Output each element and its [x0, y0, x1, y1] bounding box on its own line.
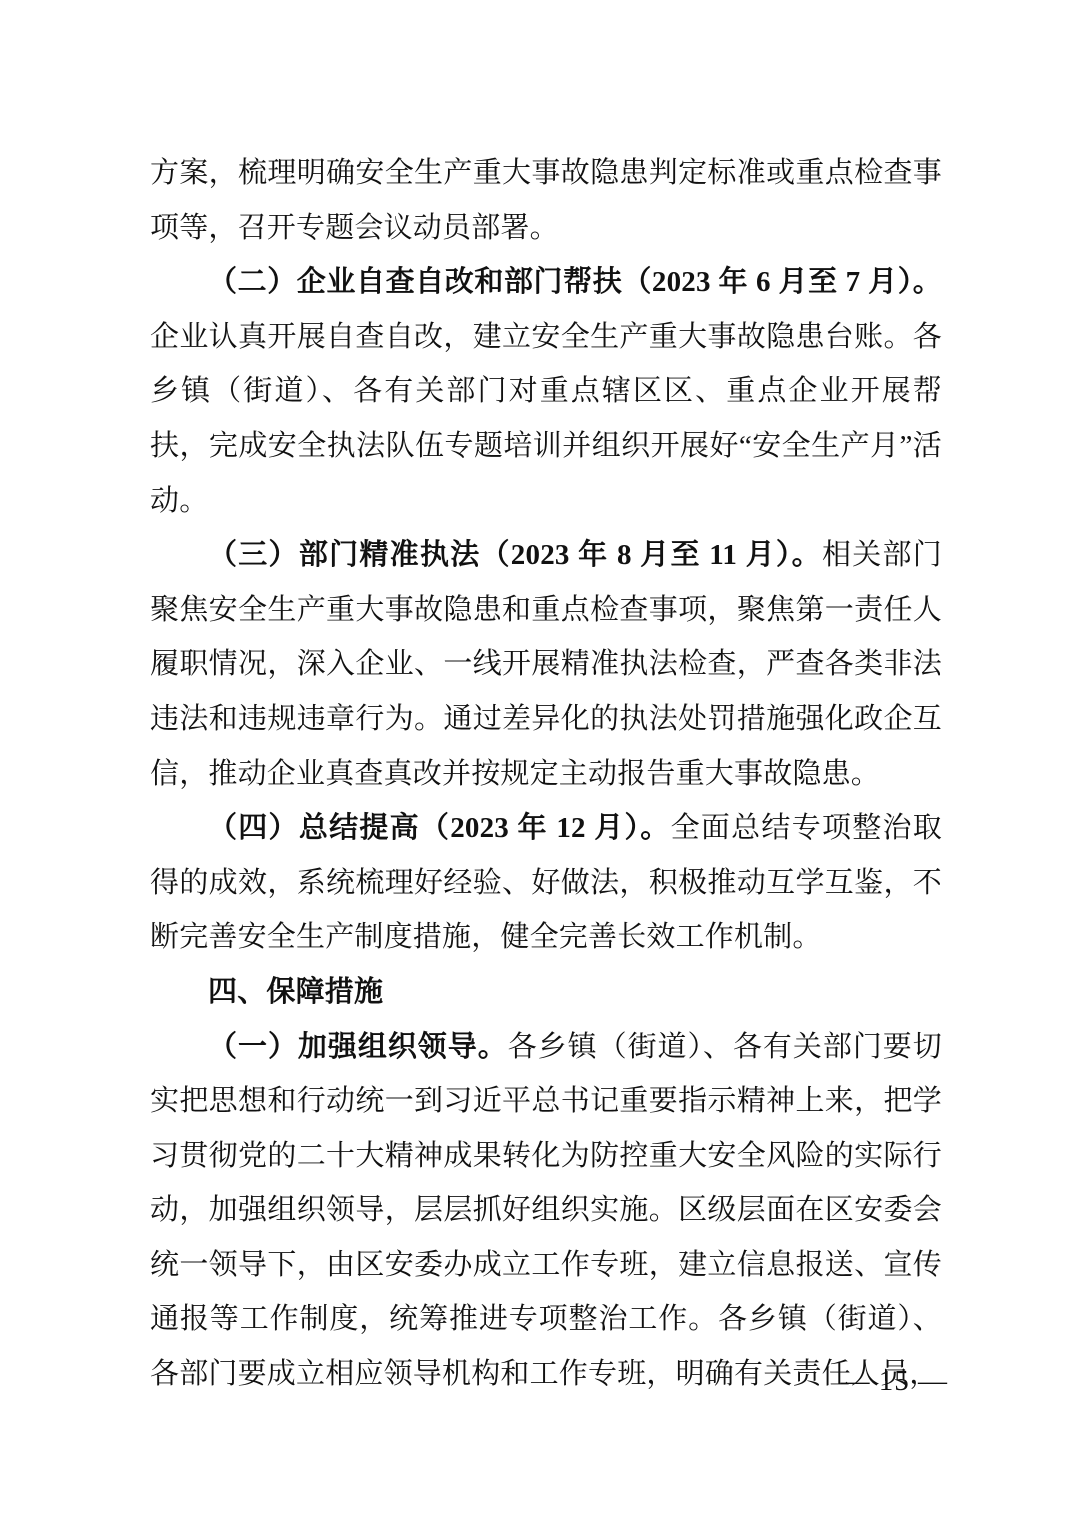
page-number: — 15 —	[841, 1366, 949, 1396]
paragraph-section-3: （三）部门精准执法（2023 年 8 月至 11 月）。相关部门聚焦安全生产重大…	[150, 528, 942, 801]
paragraph-lead: （三）部门精准执法（2023 年 8 月至 11 月）。	[208, 539, 822, 571]
paragraph-text: 方案，梳理明确安全生产重大事故隐患判定标准或重点检查事项等，召开专题会议动员部署…	[150, 157, 942, 244]
paragraph-section-2: （二）企业自查自改和部门帮扶（2023 年 6 月至 7 月）。企业认真开展自查…	[150, 255, 942, 528]
paragraph-lead: （二）企业自查自改和部门帮扶（2023 年 6 月至 7 月）。	[208, 266, 942, 298]
document-page: 方案，梳理明确安全生产重大事故隐患判定标准或重点检查事项等，召开专题会议动员部署…	[0, 0, 1074, 1520]
paragraph-section-4: （四）总结提高（2023 年 12 月）。全面总结专项整治取得的成效，系统梳理好…	[150, 801, 942, 965]
paragraph-text: 企业认真开展自查自改，建立安全生产重大事故隐患台账。各乡镇（街道）、各有关部门对…	[150, 321, 942, 517]
paragraph-continuation: 方案，梳理明确安全生产重大事故隐患判定标准或重点检查事项等，召开专题会议动员部署…	[150, 146, 942, 255]
paragraph-section-5: （一）加强组织领导。各乡镇（街道）、各有关部门要切实把思想和行动统一到习近平总书…	[150, 1020, 942, 1402]
paragraph-lead: （一）加强组织领导。	[208, 1031, 508, 1063]
paragraph-text: 相关部门聚焦安全生产重大事故隐患和重点检查事项，聚焦第一责任人履职情况，深入企业…	[150, 539, 942, 789]
section-heading: 四、保障措施	[150, 965, 942, 1020]
paragraph-lead: （四）总结提高（2023 年 12 月）。	[208, 812, 671, 844]
document-body: 方案，梳理明确安全生产重大事故隐患判定标准或重点检查事项等，召开专题会议动员部署…	[150, 146, 942, 1402]
paragraph-text: 各乡镇（街道）、各有关部门要切实把思想和行动统一到习近平总书记重要指示精神上来，…	[150, 1031, 942, 1391]
